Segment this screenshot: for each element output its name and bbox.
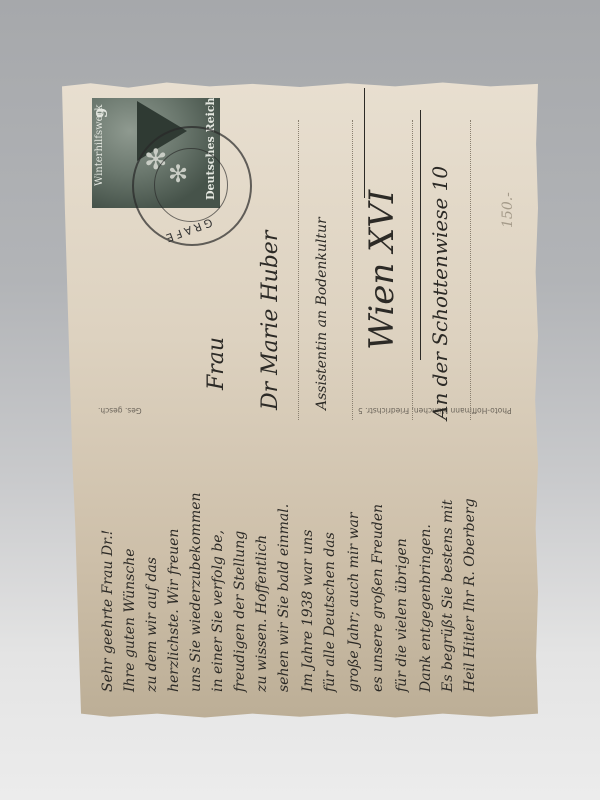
- address-guide-line: [298, 120, 299, 420]
- message-line: Ihre guten Wünsche: [122, 548, 138, 692]
- address-line: Assistentin an Bodenkultur: [314, 217, 330, 410]
- message-line: herzlichste. Wir freuen: [166, 529, 182, 692]
- pencil-price-note: 150.-: [500, 192, 516, 228]
- message-line: sehen wir Sie bald einmal.: [276, 504, 292, 692]
- address-guide-line: [470, 120, 471, 420]
- stamp-value: 6: [92, 108, 110, 118]
- address-guide-line: [352, 120, 353, 420]
- postmark-inner-ring: [154, 148, 228, 222]
- message-line: zu dem wir auf das: [144, 557, 160, 692]
- message-line: Dank entgegenbringen.: [418, 524, 434, 692]
- address-underline: [420, 110, 421, 360]
- address-line: Wien XVI: [362, 190, 402, 350]
- message-line: für die vielen übrigen: [394, 538, 410, 692]
- address-underline: [364, 88, 365, 198]
- message-line: Sehr geehrte Frau Dr.!: [100, 530, 116, 692]
- message-line: in einer Sie verfolg be,: [210, 530, 226, 692]
- message-line: für alle Deutschen das: [322, 532, 338, 692]
- address-line: An der Schottenwiese 10: [428, 166, 452, 420]
- message-line: zu wissen. Hoffentlich: [254, 535, 270, 692]
- address-line: Dr Marie Huber: [258, 231, 283, 410]
- postcard: ✻ ✻ Winterhilfswerk Deutsches Reich 6 GR…: [62, 80, 538, 720]
- message-line: große Jahr; auch mir war: [346, 512, 362, 692]
- message-line: Heil Hitler Ihr R. Oberberg: [462, 498, 478, 692]
- copyright-imprint: Ges. gesch.: [98, 406, 142, 415]
- postmark: GRAFE: [132, 126, 252, 246]
- message-line: Im Jahre 1938 war uns: [300, 530, 316, 692]
- message-line: es unsere großen Freuden: [370, 504, 386, 692]
- address-line: Frau: [204, 337, 229, 390]
- address-guide-line: [412, 120, 413, 420]
- message-line: freudigen der Stellung: [232, 531, 248, 692]
- message-line: Es begrüßt Sie bestens mit: [440, 500, 456, 692]
- message-line: uns Sie wiederzubekommen: [188, 492, 204, 692]
